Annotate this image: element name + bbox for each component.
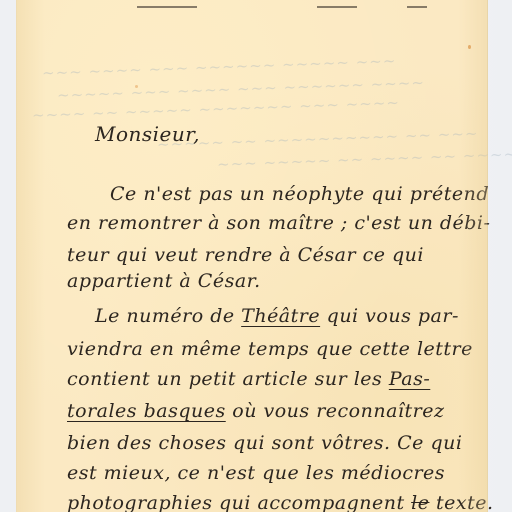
letter-line: torales basques où vous reconnaîtrez <box>67 400 444 422</box>
cut-off-top-line <box>407 0 427 8</box>
letter-line: contient un petit article sur les Pas- <box>67 368 430 390</box>
letter-line: en remontrer à son maître ; c'est un déb… <box>67 212 490 234</box>
letter-line: teur qui veut rendre à César ce qui <box>67 244 424 266</box>
letter-line: photographies qui accompagnent le texte. <box>67 492 494 512</box>
cut-off-top-line <box>317 0 357 8</box>
line-text: contient un petit article sur les <box>67 368 382 390</box>
letter-line: Ce n'est pas un néophyte qui prétend <box>110 183 489 205</box>
underlined-title: torales basques <box>67 400 226 422</box>
line-text: qui vous par- <box>327 305 459 327</box>
letter-page: ~~~ ~~~~ ~~~ ~~~~~~ ~~~~~ ~~~ ~~~~~ ~~~ … <box>17 0 487 512</box>
underlined-title: Théâtre <box>241 305 320 327</box>
salutation: Monsieur, <box>95 122 200 146</box>
foxing-spot <box>468 45 471 49</box>
letter-line: bien des choses qui sont vôtres. Ce qui <box>67 432 462 454</box>
letter-line: viendra en même temps que cette lettre <box>67 338 473 360</box>
line-text: texte. <box>436 492 494 512</box>
underlined-title: Pas- <box>389 368 430 390</box>
line-text: Le numéro de <box>95 305 235 327</box>
line-text: où vous reconnaîtrez <box>232 400 444 422</box>
cut-off-top-line <box>137 0 197 8</box>
struck-word: le <box>411 492 429 512</box>
letter-line: appartient à César. <box>67 270 261 292</box>
letter-line: Le numéro de Théâtre qui vous par- <box>95 305 459 327</box>
line-text: photographies qui accompagnent <box>67 492 405 512</box>
letter-line: est mieux, ce n'est que les médiocres <box>67 462 445 484</box>
